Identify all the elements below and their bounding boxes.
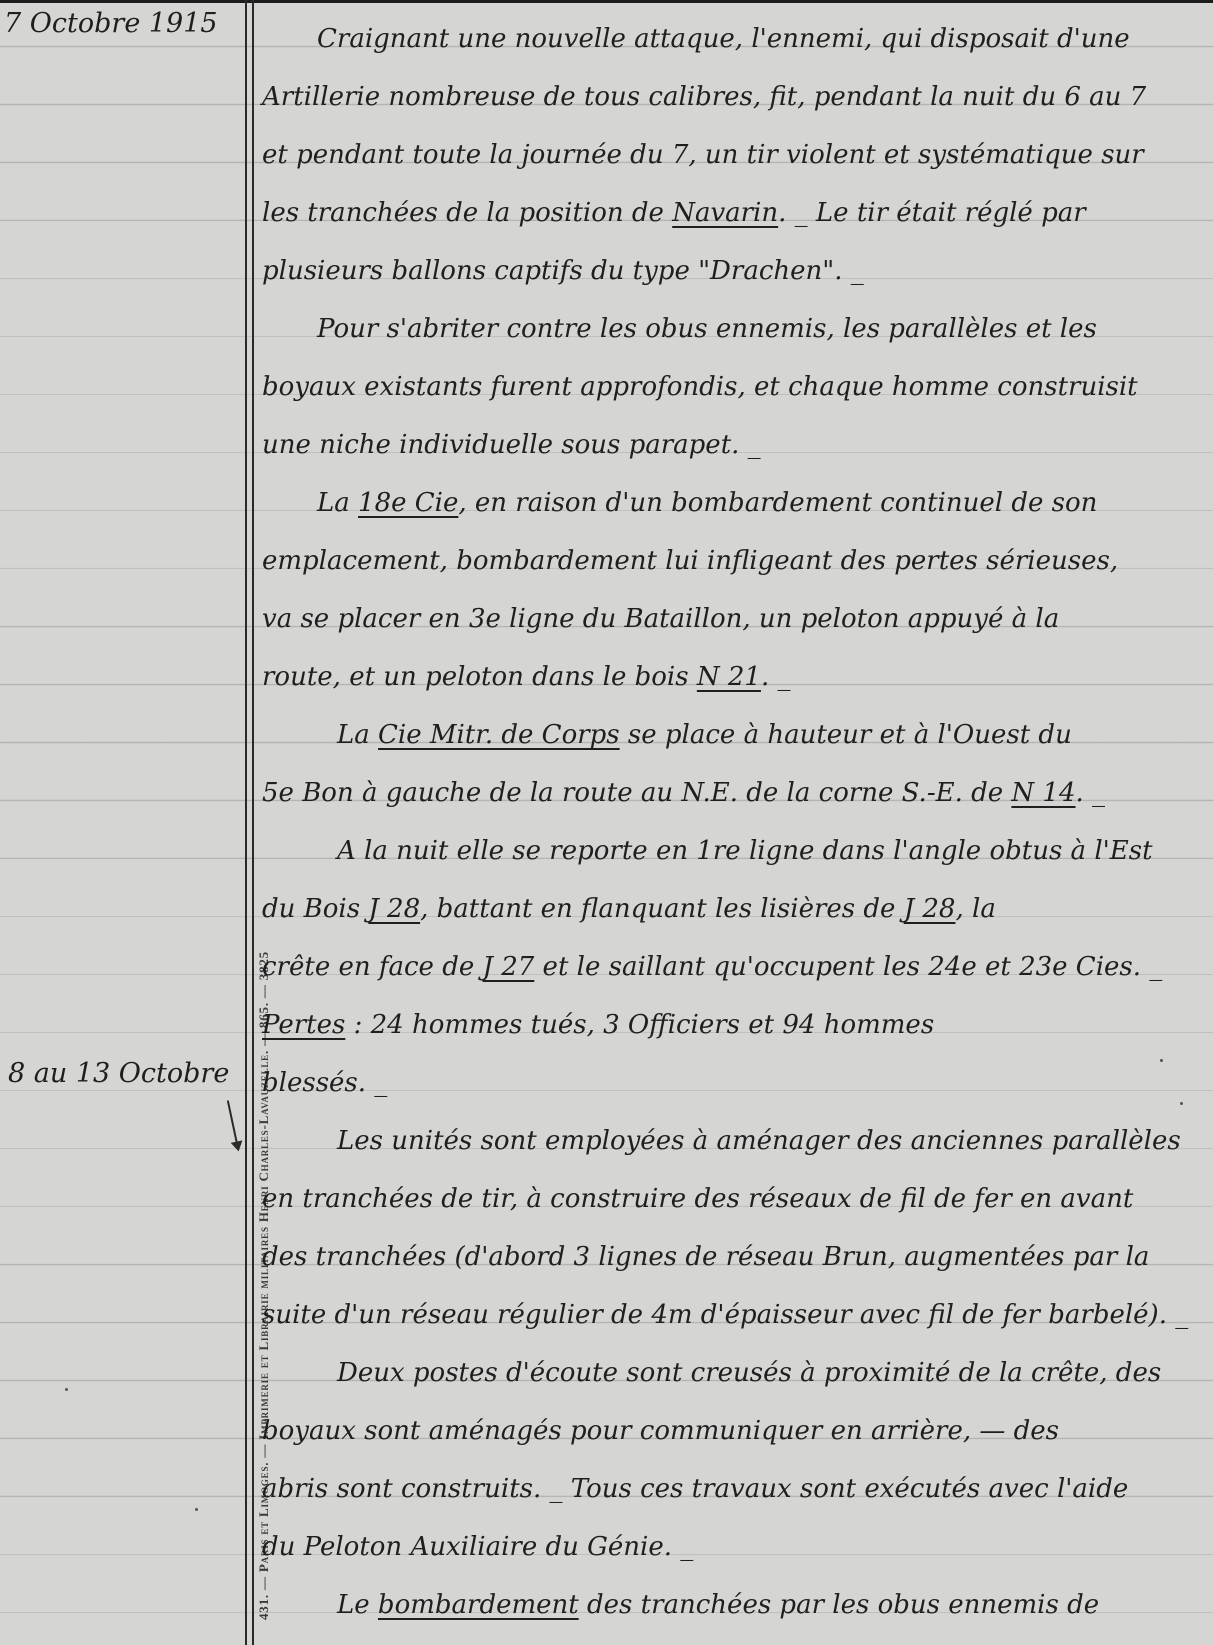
underlined-term: N 14 <box>1011 778 1075 808</box>
text-segment: : 24 hommes tués, 3 Officiers et 94 homm… <box>345 1010 934 1040</box>
text-line: boyaux sont aménagés pour communiquer en… <box>262 1402 1182 1460</box>
page-top-edge <box>0 0 1213 3</box>
text-line: A la nuit elle se reporte en 1re ligne d… <box>262 822 1182 880</box>
text-segment: La <box>317 488 358 518</box>
text-line: route, et un peloton dans le bois N 21. … <box>262 648 1182 706</box>
text-line: Le bombardement des tranchées par les ob… <box>262 1576 1182 1634</box>
diary-page: 431. — Paris et Limoges. — Imprimerie et… <box>0 0 1213 1645</box>
text-line: La 18e Cie, en raison d'un bombardement … <box>262 474 1182 532</box>
text-line: du Bois J 28, battant en flanquant les l… <box>262 880 1182 938</box>
text-line: et pendant toute la journée du 7, un tir… <box>262 126 1182 184</box>
text-line: en tranchées de tir, à construire des ré… <box>262 1170 1182 1228</box>
text-line: abris sont construits. _ Tous ces travau… <box>262 1460 1182 1518</box>
down-arrow-icon <box>227 1100 239 1149</box>
underlined-term: N 21 <box>697 662 761 692</box>
text-line: du Peloton Auxiliaire du Génie. _ <box>262 1518 1182 1576</box>
text-segment: et pendant toute la journée du 7, un tir… <box>262 140 1144 170</box>
text-segment: Les unités sont employées à aménager des… <box>337 1126 1181 1156</box>
text-line: une niche individuelle sous parapet. _ <box>262 416 1182 474</box>
text-line: Pour s'abriter contre les obus ennemis, … <box>262 300 1182 358</box>
text-line: La Cie Mitr. de Corps se place à hauteur… <box>262 706 1182 764</box>
margin-rule <box>245 0 247 1645</box>
text-line: Pertes : 24 hommes tués, 3 Officiers et … <box>262 996 1182 1054</box>
text-segment: se place à hauteur et à l'Ouest du <box>620 720 1072 750</box>
diary-entry-text: Craignant une nouvelle attaque, l'ennemi… <box>262 10 1182 1634</box>
text-segment: plusieurs ballons captifs du type "Drach… <box>262 256 864 286</box>
text-segment: La <box>337 720 378 750</box>
text-segment: 5e Bon à gauche de la route au N.E. de l… <box>262 778 1011 808</box>
underlined-term: Pertes <box>262 1010 345 1040</box>
margin-date: 8 au 13 Octobre <box>8 1058 229 1089</box>
text-segment: en tranchées de tir, à construire des ré… <box>262 1184 1133 1214</box>
text-segment: des tranchées par les obus ennemis de <box>579 1590 1099 1620</box>
text-segment: une niche individuelle sous parapet. _ <box>262 430 761 460</box>
text-segment: du Bois <box>262 894 368 924</box>
text-segment: Deux postes d'écoute sont creusés à prox… <box>337 1358 1161 1388</box>
text-line: Les unités sont employées à aménager des… <box>262 1112 1182 1170</box>
text-segment: , battant en flanquant les lisières de <box>420 894 904 924</box>
text-line: des tranchées (d'abord 3 lignes de résea… <box>262 1228 1182 1286</box>
paper-speck <box>1180 1102 1183 1105</box>
text-line: emplacement, bombardement lui infligeant… <box>262 532 1182 590</box>
text-line: Artillerie nombreuse de tous calibres, f… <box>262 68 1182 126</box>
text-line: Deux postes d'écoute sont creusés à prox… <box>262 1344 1182 1402</box>
text-segment: crête en face de <box>262 952 483 982</box>
text-segment: route, et un peloton dans le bois <box>262 662 697 692</box>
underlined-term: 18e Cie <box>358 488 458 518</box>
text-segment: et le saillant qu'occupent les 24e et 23… <box>534 952 1162 982</box>
paper-speck <box>65 1388 68 1391</box>
underlined-term: bombardement <box>378 1590 579 1620</box>
underlined-term: Cie Mitr. de Corps <box>378 720 620 750</box>
text-segment: du Peloton Auxiliaire du Génie. _ <box>262 1532 693 1562</box>
text-segment: boyaux existants furent approfondis, et … <box>262 372 1138 402</box>
paper-speck <box>1160 1059 1163 1062</box>
text-line: blessés. _ <box>262 1054 1182 1112</box>
text-segment: abris sont construits. _ Tous ces travau… <box>262 1474 1128 1504</box>
text-segment: les tranchées de la position de <box>262 198 672 228</box>
text-line: va se placer en 3e ligne du Bataillon, u… <box>262 590 1182 648</box>
text-segment: blessés. _ <box>262 1068 387 1098</box>
text-segment: Pour s'abriter contre les obus ennemis, … <box>317 314 1097 344</box>
text-segment: Artillerie nombreuse de tous calibres, f… <box>262 82 1146 112</box>
text-line: plusieurs ballons captifs du type "Drach… <box>262 242 1182 300</box>
text-segment: Craignant une nouvelle attaque, l'ennemi… <box>317 24 1130 54</box>
margin-rule <box>252 0 254 1645</box>
underlined-term: Navarin <box>672 198 778 228</box>
text-segment: A la nuit elle se reporte en 1re ligne d… <box>337 836 1153 866</box>
text-line: suite d'un réseau régulier de 4m d'épais… <box>262 1286 1182 1344</box>
text-segment: boyaux sont aménagés pour communiquer en… <box>262 1416 1059 1446</box>
text-segment: , en raison d'un bombardement continuel … <box>458 488 1097 518</box>
text-line: les tranchées de la position de Navarin.… <box>262 184 1182 242</box>
text-segment: suite d'un réseau régulier de 4m d'épais… <box>262 1300 1188 1330</box>
text-line: Craignant une nouvelle attaque, l'ennemi… <box>262 10 1182 68</box>
text-line: 5e Bon à gauche de la route au N.E. de l… <box>262 764 1182 822</box>
text-line: crête en face de J 27 et le saillant qu'… <box>262 938 1182 996</box>
text-segment: , la <box>955 894 995 924</box>
text-segment: Le <box>337 1590 378 1620</box>
text-segment: emplacement, bombardement lui infligeant… <box>262 546 1118 576</box>
text-segment: . _ <box>761 662 791 692</box>
text-segment: . _ Le tir était réglé par <box>778 198 1086 228</box>
paper-speck <box>195 1508 198 1511</box>
underlined-term: J 28 <box>904 894 956 924</box>
margin-date: 7 Octobre 1915 <box>4 8 218 39</box>
underlined-term: J 28 <box>368 894 420 924</box>
underlined-term: J 27 <box>483 952 535 982</box>
text-line: boyaux existants furent approfondis, et … <box>262 358 1182 416</box>
text-segment: . _ <box>1076 778 1106 808</box>
text-segment: va se placer en 3e ligne du Bataillon, u… <box>262 604 1059 634</box>
text-segment: des tranchées (d'abord 3 lignes de résea… <box>262 1242 1149 1272</box>
